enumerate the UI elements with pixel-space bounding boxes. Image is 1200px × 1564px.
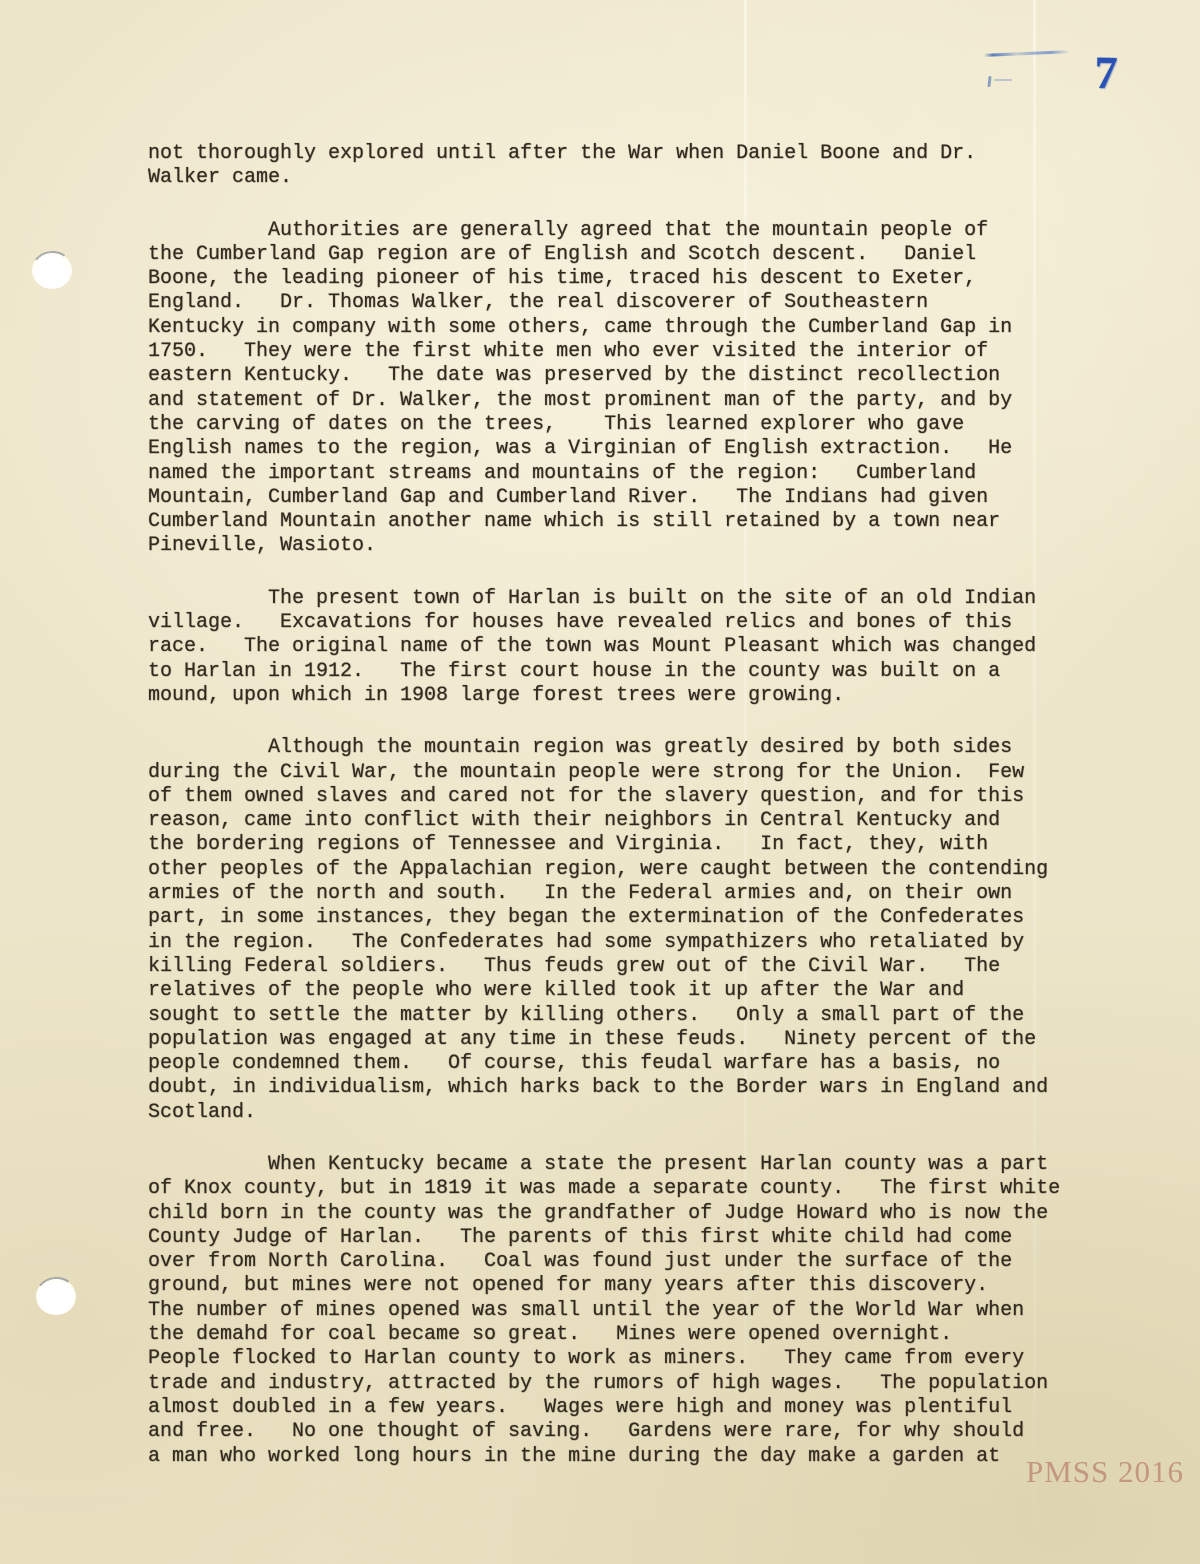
page-number: 7 xyxy=(1086,50,1127,97)
blue-pencil-smudge xyxy=(988,76,1014,88)
paragraph-authorities-descent: Authorities are generally agreed that th… xyxy=(148,219,1088,559)
paragraph-civil-war-feuds: Although the mountain region was greatly… xyxy=(148,736,1088,1125)
paragraph-war-explorers: not thoroughly explored until after the … xyxy=(148,142,1088,191)
hole-punch-top xyxy=(32,252,72,289)
typewritten-text-block: not thoroughly explored until after the … xyxy=(148,142,1088,1497)
hole-punch-bottom xyxy=(36,1278,76,1315)
watermark: PMSS 2016 xyxy=(1026,1456,1184,1487)
scanned-document-page: 7 not thoroughly explored until after th… xyxy=(0,0,1200,1564)
blue-pencil-streak xyxy=(984,50,1070,57)
pencil-smudge-tick xyxy=(987,76,991,87)
paragraph-town-of-harlan: The present town of Harlan is built on t… xyxy=(148,587,1088,708)
pencil-smudge-dash xyxy=(994,79,1012,81)
paragraph-kentucky-statehood-mining: When Kentucky became a state the present… xyxy=(148,1153,1088,1469)
